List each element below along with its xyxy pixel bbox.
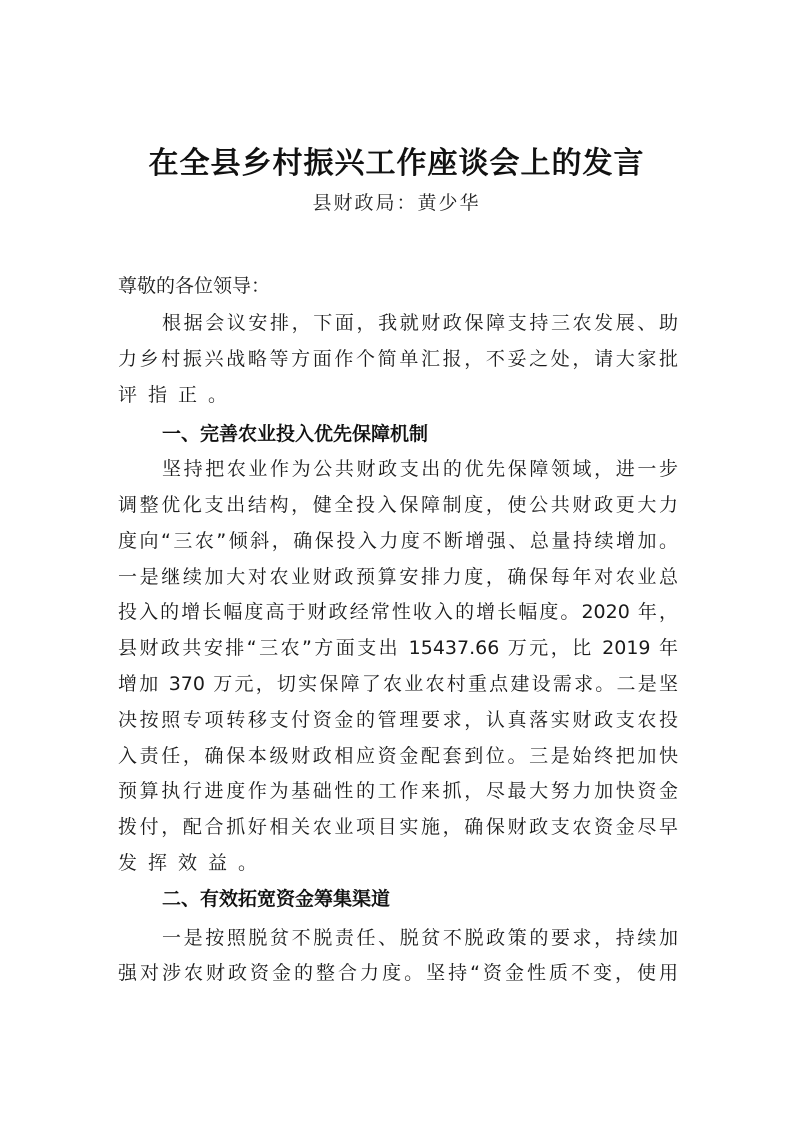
- paragraph-line: 评指正。: [118, 383, 238, 407]
- paragraph-line: 调整优化支出结构，健全投入保障制度，使公共财政更大力: [118, 493, 678, 517]
- paragraph-line: 决按照专项转移支付资金的管理要求，认真落实财政支农投: [118, 708, 678, 732]
- paragraph-line: 发挥效益。: [118, 851, 268, 875]
- paragraph-line: 一是按照脱贫不脱责任、脱贫不脱政策的要求，持续加: [162, 926, 678, 950]
- paragraph-line: 度向“三农”倾斜，确保投入力度不断增强、总量持续增加。: [118, 529, 678, 553]
- paragraph-line: 一是继续加大对农业财政预算安排力度，确保每年对农业总: [118, 565, 678, 589]
- document-title: 在全县乡村振兴工作座谈会上的发言: [0, 138, 793, 182]
- author-byline: 县财政局：黄少华: [0, 188, 793, 215]
- paragraph-line: 投入的增长幅度高于财政经常性收入的增长幅度。2020 年，: [118, 600, 678, 624]
- paragraph-line: 县财政共安排“三农”方面支出 15437.66 万元，比 2019 年: [118, 636, 678, 660]
- paragraph-line: 增加 370 万元，切实保障了农业农村重点建设需求。二是坚: [118, 672, 678, 696]
- paragraph-line: 强对涉农财政资金的整合力度。坚持“资金性质不变，使用: [118, 961, 678, 985]
- paragraph-line: 拨付，配合抓好相关农业项目实施，确保财政支农资金尽早: [118, 815, 678, 839]
- salutation: 尊敬的各位领导：: [118, 274, 270, 298]
- document-page: 在全县乡村振兴工作座谈会上的发言 县财政局：黄少华 尊敬的各位领导： 根据会议安…: [0, 0, 793, 1122]
- paragraph-line: 力乡村振兴战略等方面作个简单汇报，不妥之处，请大家批: [118, 347, 678, 371]
- paragraph-line: 入责任，确保本级财政相应资金配套到位。三是始终把加快: [118, 744, 678, 768]
- section-heading-2: 二、有效拓宽资金筹集渠道: [162, 887, 390, 911]
- section-heading-1: 一、完善农业投入优先保障机制: [162, 422, 428, 446]
- paragraph-line: 坚持把农业作为公共财政支出的优先保障领域，进一步: [162, 457, 678, 481]
- paragraph-line: 根据会议安排，下面，我就财政保障支持三农发展、助: [162, 311, 678, 335]
- paragraph-line: 预算执行进度作为基础性的工作来抓，尽最大努力加快资金: [118, 779, 678, 803]
